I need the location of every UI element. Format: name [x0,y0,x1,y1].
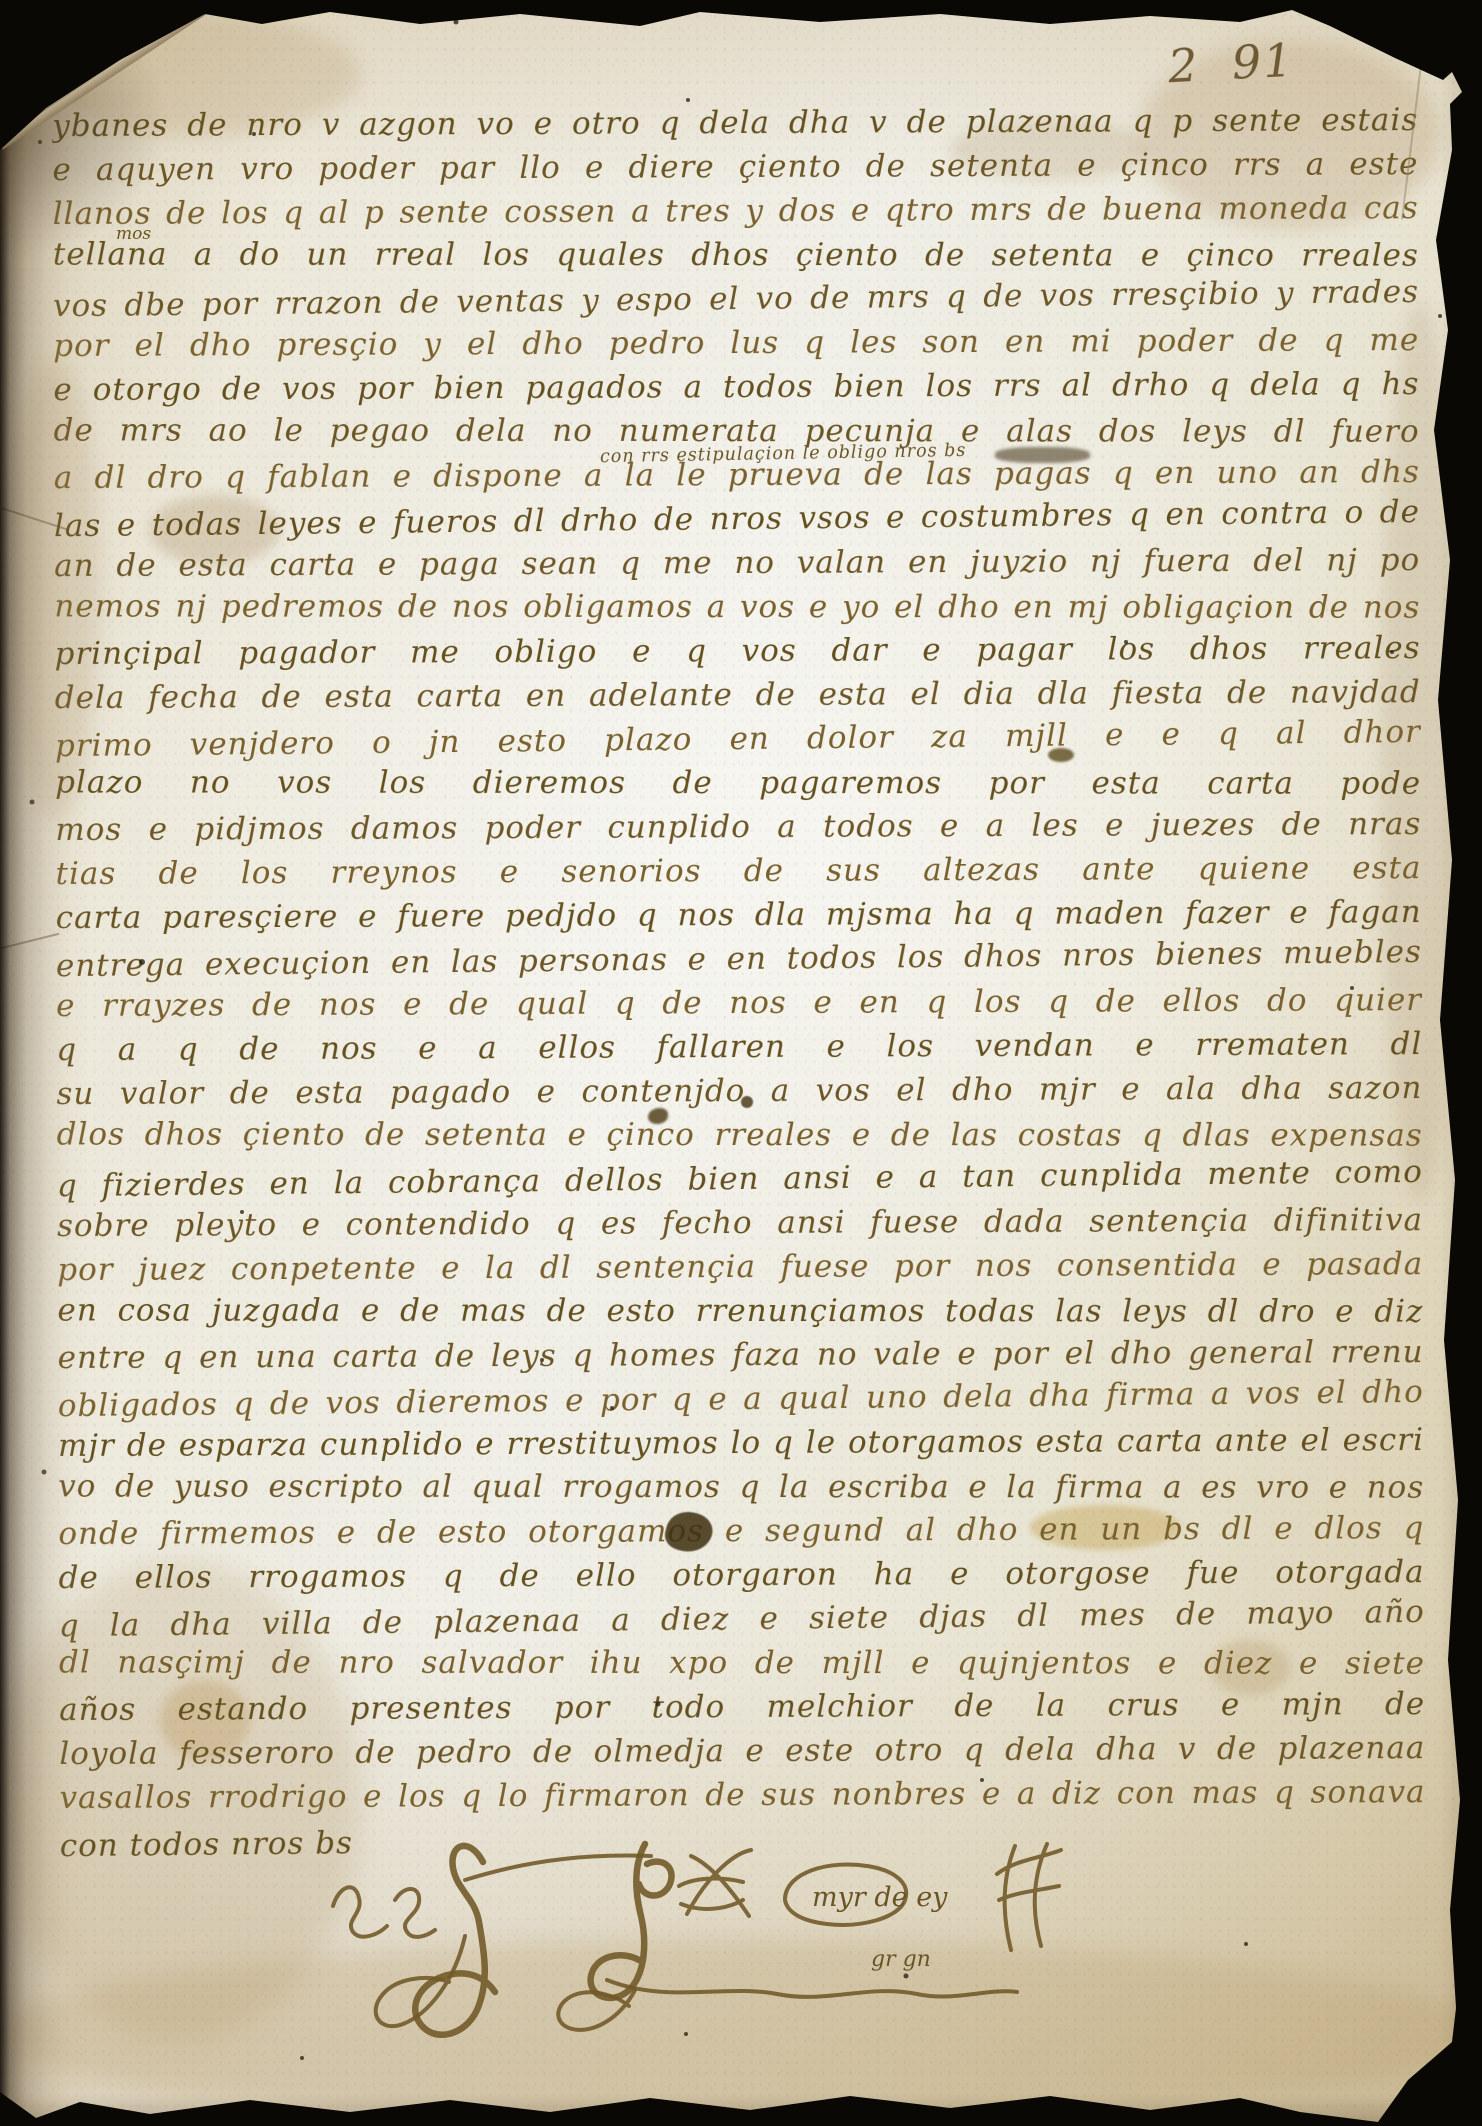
signature-flourish [997,1844,1061,1950]
manuscript-line: vo de yuso escripto al qual rrogamos q l… [58,1465,1424,1510]
manuscript-line: nemos nj pedremos de nos obligamos a vos… [54,585,1420,630]
paper-crease [1,933,60,949]
manuscript-text-block: ybanes de nro v azgon vo e otro q dela d… [52,99,1426,1865]
notary-signature-rubric: myr de ey gr gn [315,1840,1075,2055]
manuscript-line: por el dho presçio y el dho pedro lus q … [53,319,1419,369]
interline-superscript: mos [116,224,151,244]
signature-flourish [591,1844,672,1998]
signature-flourish [376,1936,465,2026]
manuscript-line: tias de los rreynos e senorios de sus al… [55,847,1421,897]
signature-text: myr de ey [812,1882,948,1913]
manuscript-line: e rrayzes de nos e de qual q de nos e en… [56,979,1422,1029]
manuscript-line: an de esta carta e paga sean q me no val… [54,539,1420,589]
signature-secondary-text: gr gn [871,1947,931,1972]
page-edge-shadow-bottom [0,2094,1482,2126]
manuscript-line: e otorgo de vos por bien pagados a todos… [53,363,1419,413]
manuscript-line: mos e pidjmos damos poder cunplido a tod… [55,803,1421,853]
signature-underline [607,1980,1017,1997]
manuscript-line: loyola fesseroro de pedro de olmedja e e… [59,1727,1425,1777]
manuscript-line: por juez conpetente e la dl sentençia fu… [57,1243,1423,1293]
manuscript-line: tellana a do un rreal los quales dhos çi… [53,233,1419,278]
manuscript-line: mjr de esparza cunplido e rrestituymos l… [58,1419,1424,1469]
manuscript-line: su valor de esta pagado e contenjdo a vo… [56,1067,1422,1117]
manuscript-line: en cosa juzgada e de mas de esto rrenunç… [57,1289,1423,1334]
signature-bar [465,1856,651,1880]
manuscript-line: años estando presentes por todo melchior… [59,1683,1425,1733]
signature-cross-flourish [679,1850,751,1916]
manuscript-line: dl nasçimj de nro salvador ihu xpo de mj… [59,1641,1425,1686]
folio-number: 2 91 [1167,33,1296,94]
manuscript-line: ybanes de nro v azgon vo e otro q dela d… [52,99,1418,149]
manuscript-line: llanos de los q al p sente cossen a tres… [53,187,1419,237]
manuscript-page: 2 91 ybanes de nro v azgon vo e otro q d… [0,0,1482,2126]
manuscript-line: prinçipal pagador me obligo e q vos dar … [54,627,1420,677]
manuscript-line: dlos dhos çiento de setenta e çinco rrea… [57,1113,1423,1158]
signature-scribble [333,1887,435,1937]
manuscript-line: onde firmemos e de esto otorgamos e segu… [58,1507,1424,1557]
page-edge-shadow-right [1440,0,1482,2126]
manuscript-line: sobre pleyto e contendido q es fecho ans… [57,1199,1423,1249]
manuscript-line: e aquyen vro poder par llo e diere çient… [52,143,1418,193]
manuscript-line: q a q de nos e a ellos fallaren e los ve… [56,1023,1422,1073]
manuscript-line: plazo no vos los dieremos de pagaremos p… [55,761,1421,806]
